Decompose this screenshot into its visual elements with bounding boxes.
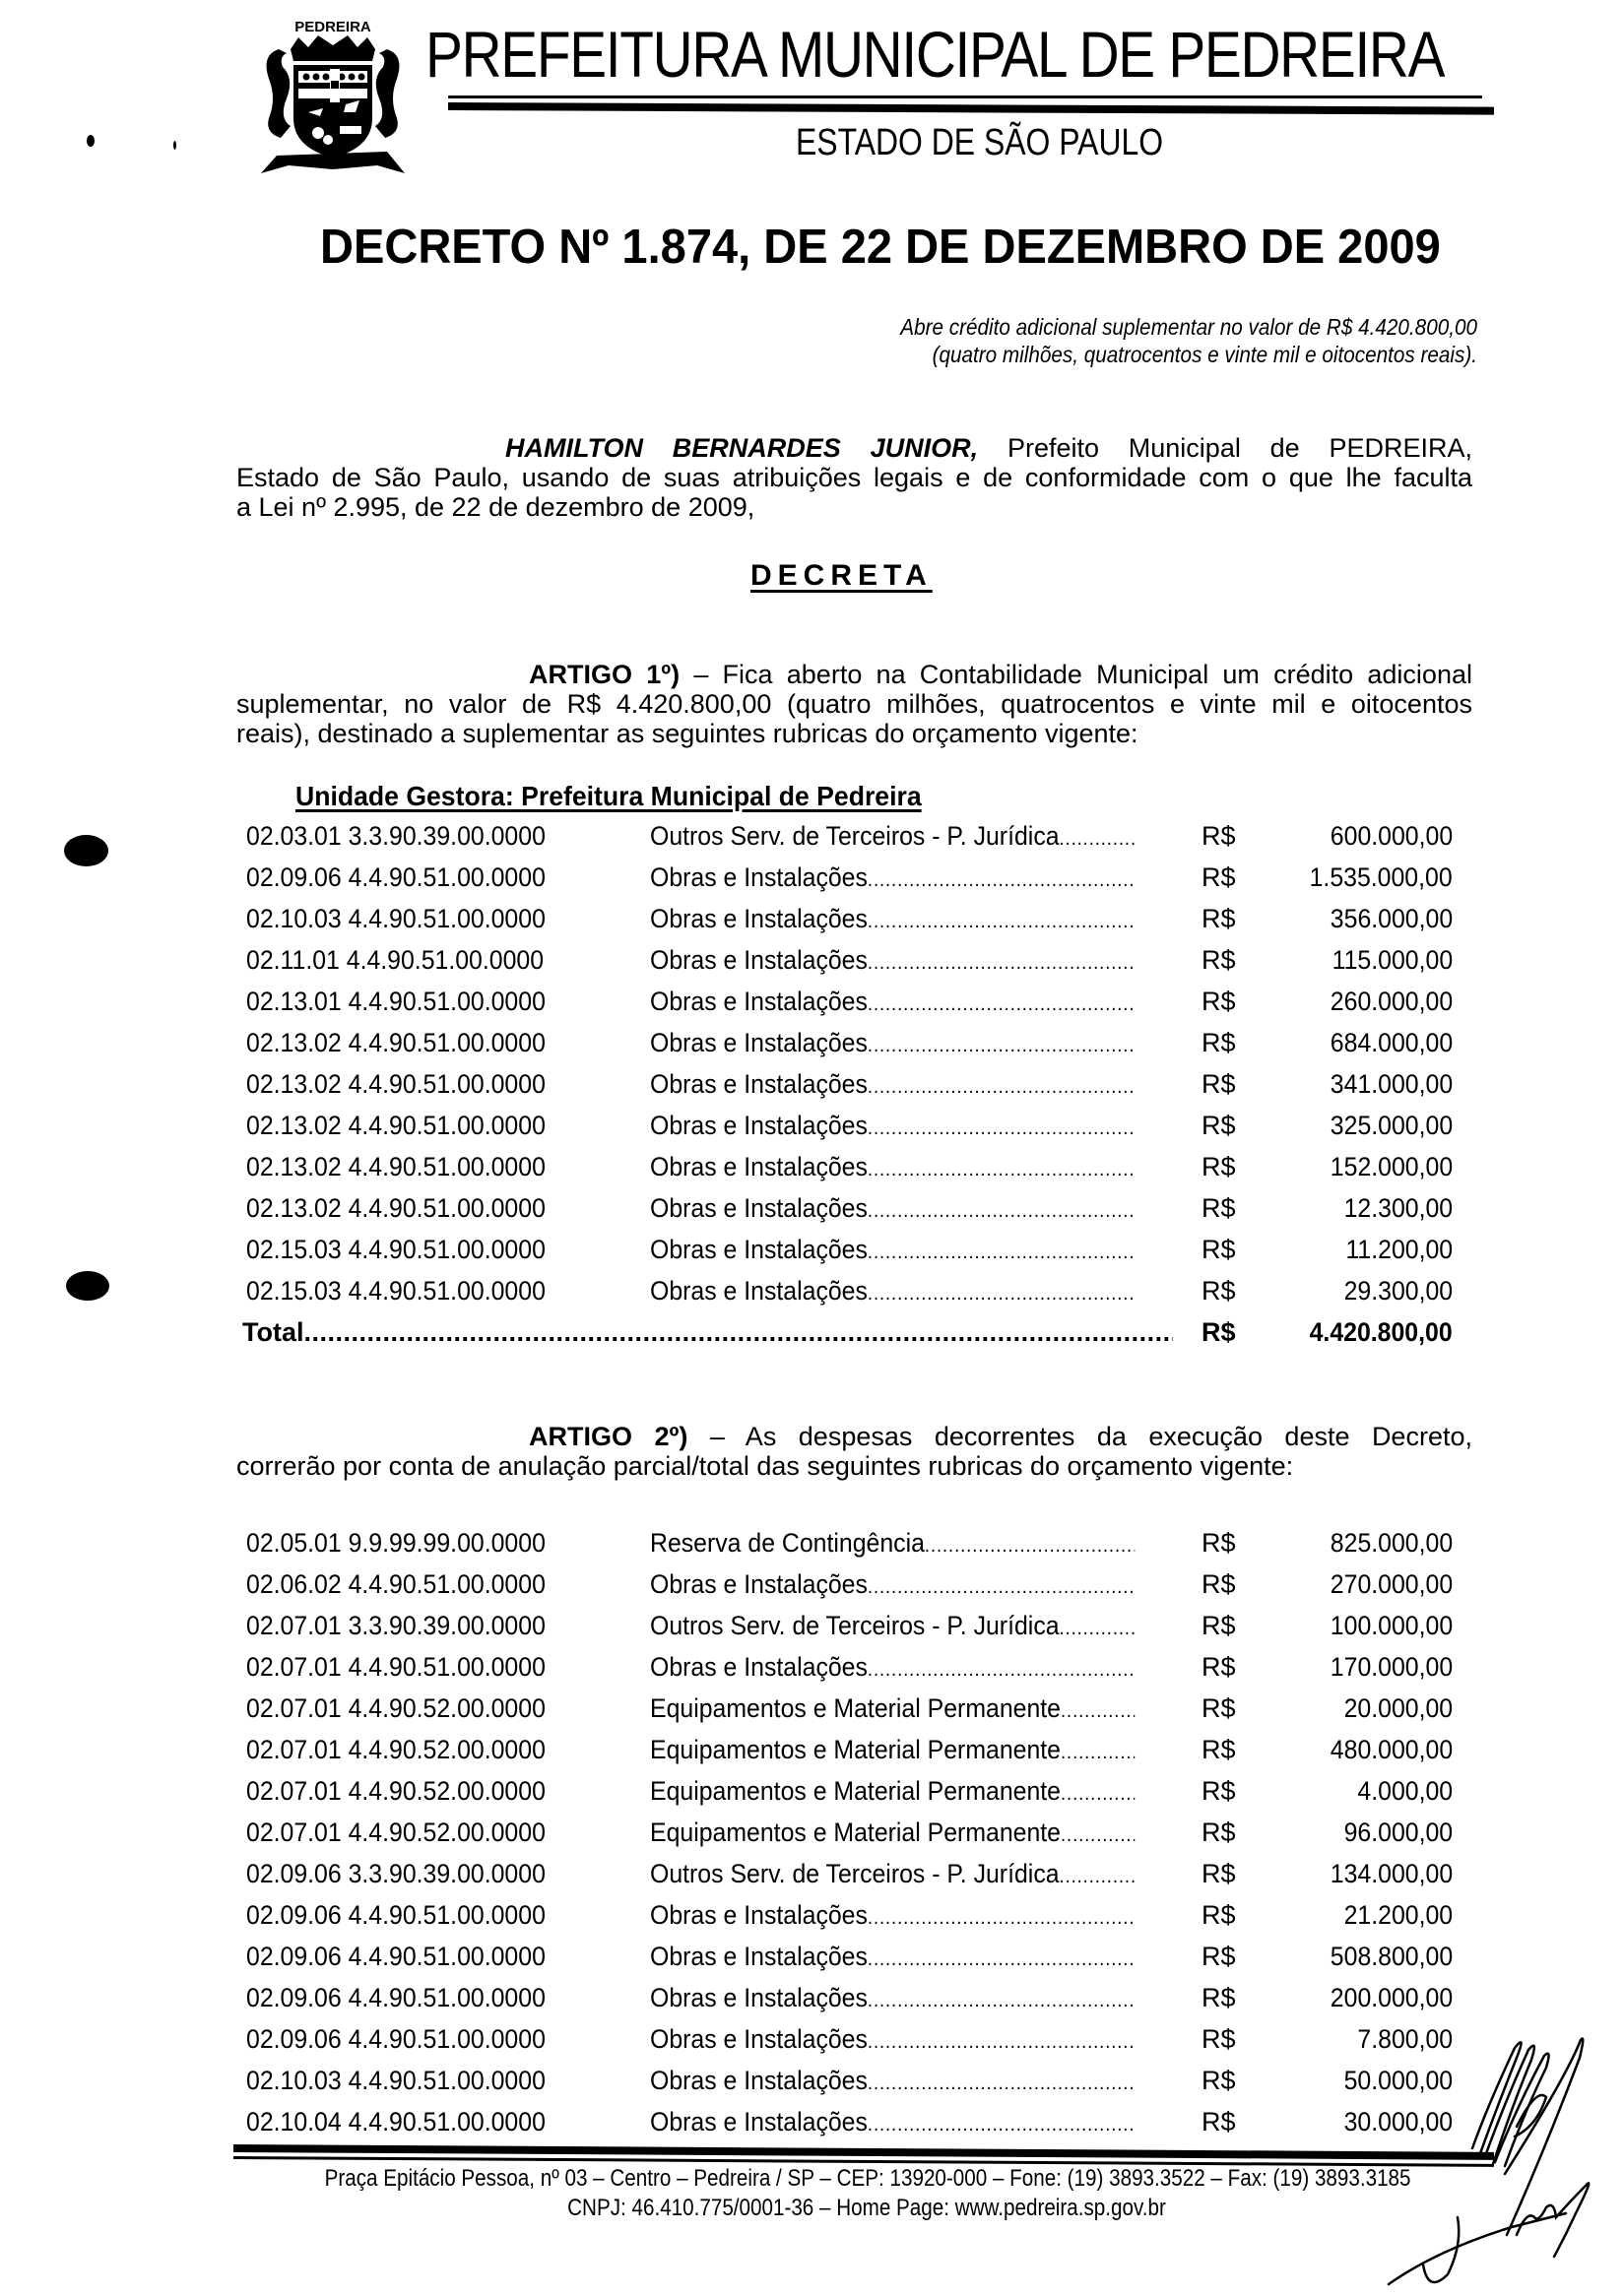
- budget-code: 02.10.03 4.4.90.51.00.0000: [246, 898, 546, 939]
- budget-code: 02.15.03 4.4.90.51.00.0000: [246, 1229, 546, 1270]
- budget-code: 02.03.01 3.3.90.39.00.0000: [246, 815, 546, 857]
- table-row: 02.09.06 4.4.90.51.00.0000Obras e Instal…: [236, 857, 1477, 898]
- decree-title: DECRETO Nº 1.874, DE 22 DE DEZEMBRO DE 2…: [320, 223, 1441, 272]
- currency-symbol: R$: [1202, 1311, 1236, 1353]
- table-row: 02.11.01 4.4.90.51.00.0000Obras e Instal…: [236, 939, 1477, 981]
- table-row: 02.07.01 4.4.90.51.00.0000Obras e Instal…: [236, 1646, 1477, 1688]
- amount: 325.000,00: [1331, 1105, 1453, 1146]
- currency-symbol: R$: [1202, 1229, 1236, 1270]
- table-row: 02.07.01 4.4.90.52.00.0000Equipamentos e…: [236, 1688, 1477, 1729]
- table-row: 02.06.02 4.4.90.51.00.0000Obras e Instal…: [236, 1563, 1477, 1605]
- amount: 270.000,00: [1331, 1563, 1453, 1605]
- budget-code: 02.07.01 3.3.90.39.00.0000: [246, 1605, 546, 1646]
- state-name: ESTADO DE SÃO PAULO: [796, 124, 1163, 161]
- currency-symbol: R$: [1202, 857, 1236, 898]
- currency-symbol: R$: [1202, 1022, 1236, 1063]
- table-row: 02.13.02 4.4.90.51.00.0000Obras e Instal…: [236, 1063, 1477, 1105]
- currency-symbol: R$: [1202, 1894, 1236, 1936]
- currency-symbol: R$: [1202, 2060, 1236, 2101]
- currency-symbol: R$: [1202, 939, 1236, 981]
- budget-code: 02.15.03 4.4.90.51.00.0000: [246, 1270, 546, 1311]
- currency-symbol: R$: [1202, 1812, 1236, 1853]
- preamble-paragraph: HAMILTON BERNARDES JUNIOR, Prefeito Muni…: [236, 433, 1472, 522]
- budget-code: 02.09.06 4.4.90.51.00.0000: [246, 1894, 546, 1936]
- currency-symbol: R$: [1202, 1646, 1236, 1688]
- table-row: 02.09.06 4.4.90.51.00.0000Obras e Instal…: [236, 1977, 1477, 2018]
- item-description: Obras e Instalações: [650, 1022, 1135, 1066]
- amount: 356.000,00: [1331, 898, 1453, 939]
- amount: 152.000,00: [1331, 1146, 1453, 1187]
- table-row: 02.07.01 4.4.90.52.00.0000Equipamentos e…: [236, 1770, 1477, 1812]
- footer-address: Praça Epitácio Pessoa, nº 03 – Centro – …: [325, 2164, 1409, 2194]
- amount: 29.300,00: [1343, 1270, 1453, 1311]
- article-1-label: ARTIGO 1º): [529, 660, 680, 689]
- table-row: 02.09.06 3.3.90.39.00.0000Outros Serv. d…: [236, 1853, 1477, 1894]
- table-row: 02.13.02 4.4.90.51.00.0000Obras e Instal…: [236, 1146, 1477, 1187]
- total-row: TotalR$4.420.800,00: [236, 1311, 1477, 1353]
- item-description: Outros Serv. de Terceiros - P. Jurídica: [650, 815, 1135, 860]
- currency-symbol: R$: [1202, 1688, 1236, 1729]
- budget-code: 02.09.06 4.4.90.51.00.0000: [246, 1977, 546, 2018]
- budget-code: 02.06.02 4.4.90.51.00.0000: [246, 1563, 546, 1605]
- amount: 115.000,00: [1332, 939, 1453, 981]
- currency-symbol: R$: [1202, 1770, 1236, 1812]
- punch-hole-mark: [64, 835, 108, 866]
- currency-symbol: R$: [1202, 1270, 1236, 1311]
- item-description: Obras e Instalações: [650, 898, 1135, 942]
- budget-code: 02.13.02 4.4.90.51.00.0000: [246, 1105, 546, 1146]
- currency-symbol: R$: [1202, 1729, 1236, 1770]
- currency-symbol: R$: [1202, 815, 1236, 857]
- currency-symbol: R$: [1202, 2101, 1236, 2142]
- item-description: Obras e Instalações: [650, 2060, 1135, 2104]
- table-row: 02.15.03 4.4.90.51.00.0000Obras e Instal…: [236, 1270, 1477, 1311]
- item-description: Equipamentos e Material Permanente: [650, 1812, 1135, 1856]
- budget-code: 02.10.03 4.4.90.51.00.0000: [246, 2060, 546, 2101]
- currency-symbol: R$: [1202, 1977, 1236, 2018]
- currency-symbol: R$: [1202, 1146, 1236, 1187]
- table-row: 02.09.06 4.4.90.51.00.0000Obras e Instal…: [236, 1936, 1477, 1977]
- currency-symbol: R$: [1202, 898, 1236, 939]
- table-row: 02.13.02 4.4.90.51.00.0000Obras e Instal…: [236, 1105, 1477, 1146]
- amount: 600.000,00: [1331, 815, 1453, 857]
- budget-code: 02.07.01 4.4.90.52.00.0000: [246, 1688, 546, 1729]
- total-label: Total: [242, 1311, 1173, 1353]
- table-row: 02.10.03 4.4.90.51.00.0000Obras e Instal…: [236, 898, 1477, 939]
- item-description: Equipamentos e Material Permanente: [650, 1688, 1135, 1732]
- article-2-paragraph: ARTIGO 2º) – As despesas decorrentes da …: [236, 1422, 1472, 1481]
- amount: 684.000,00: [1331, 1022, 1453, 1063]
- decreta-heading: DECRETA: [750, 559, 933, 593]
- amount: 170.000,00: [1331, 1646, 1453, 1688]
- currency-symbol: R$: [1202, 1522, 1236, 1563]
- item-description: Equipamentos e Material Permanente: [650, 1770, 1135, 1815]
- item-description: Obras e Instalações: [650, 2018, 1135, 2063]
- table-row: 02.05.01 9.9.99.99.00.0000Reserva de Con…: [236, 1522, 1477, 1563]
- summary-line: (quatro milhões, quatrocentos e vinte mi…: [525, 341, 1478, 368]
- municipal-crest-logo: PEDREIRA: [239, 10, 426, 177]
- mayor-name: HAMILTON BERNARDES JUNIOR,: [505, 433, 978, 463]
- item-description: Obras e Instalações: [650, 1977, 1135, 2021]
- currency-symbol: R$: [1202, 1187, 1236, 1229]
- budget-code: 02.09.06 4.4.90.51.00.0000: [246, 2018, 546, 2060]
- item-description: Obras e Instalações: [650, 981, 1135, 1025]
- item-description: Obras e Instalações: [650, 1105, 1135, 1149]
- budget-code: 02.07.01 4.4.90.52.00.0000: [246, 1770, 546, 1812]
- annulment-table: 02.05.01 9.9.99.99.00.0000Reserva de Con…: [236, 1522, 1477, 2142]
- decree-summary: Abre crédito adicional suplementar no va…: [525, 313, 1478, 368]
- item-description: Equipamentos e Material Permanente: [650, 1729, 1135, 1773]
- supplement-table: 02.03.01 3.3.90.39.00.0000Outros Serv. d…: [236, 815, 1477, 1353]
- table-row: 02.07.01 4.4.90.52.00.0000Equipamentos e…: [236, 1729, 1477, 1770]
- amount: 21.200,00: [1343, 1894, 1453, 1936]
- budget-code: 02.07.01 4.4.90.52.00.0000: [246, 1729, 546, 1770]
- budget-code: 02.13.02 4.4.90.51.00.0000: [246, 1187, 546, 1229]
- summary-line: Abre crédito adicional suplementar no va…: [525, 313, 1478, 341]
- organization-title: PREFEITURA MUNICIPAL DE PEDREIRA: [425, 22, 1444, 87]
- budget-code: 02.11.01 4.4.90.51.00.0000: [246, 939, 544, 981]
- amount: 508.800,00: [1331, 1936, 1453, 1977]
- scan-speck: [87, 135, 95, 147]
- item-description: Outros Serv. de Terceiros - P. Jurídica: [650, 1853, 1135, 1897]
- amount: 480.000,00: [1331, 1729, 1453, 1770]
- item-description: Obras e Instalações: [650, 1270, 1135, 1314]
- handwritten-signature: [1369, 1999, 1624, 2296]
- item-description: Obras e Instalações: [650, 1646, 1135, 1690]
- currency-symbol: R$: [1202, 1063, 1236, 1105]
- amount: 4.000,00: [1357, 1770, 1453, 1812]
- table-row: 02.13.01 4.4.90.51.00.0000Obras e Instal…: [236, 981, 1477, 1022]
- article-2-label: ARTIGO 2º): [529, 1422, 687, 1451]
- budget-code: 02.13.02 4.4.90.51.00.0000: [246, 1063, 546, 1105]
- scan-speck: [173, 141, 176, 150]
- table-row: 02.15.03 4.4.90.51.00.0000Obras e Instal…: [236, 1229, 1477, 1270]
- currency-symbol: R$: [1202, 1563, 1236, 1605]
- table-row: 02.13.02 4.4.90.51.00.0000Obras e Instal…: [236, 1022, 1477, 1063]
- item-description: Obras e Instalações: [650, 939, 1135, 984]
- amount: 12.300,00: [1343, 1187, 1453, 1229]
- currency-symbol: R$: [1202, 1853, 1236, 1894]
- amount: 134.000,00: [1331, 1853, 1453, 1894]
- budget-code: 02.09.06 4.4.90.51.00.0000: [246, 1936, 546, 1977]
- currency-symbol: R$: [1202, 1105, 1236, 1146]
- header-rule-thin: [448, 96, 1482, 98]
- budget-code: 02.13.02 4.4.90.51.00.0000: [246, 1022, 546, 1063]
- item-description: Obras e Instalações: [650, 1229, 1135, 1273]
- amount: 100.000,00: [1331, 1605, 1453, 1646]
- amount: 11.200,00: [1345, 1229, 1453, 1270]
- table-row: 02.03.01 3.3.90.39.00.0000Outros Serv. d…: [236, 815, 1477, 857]
- table-row: 02.13.02 4.4.90.51.00.0000Obras e Instal…: [236, 1187, 1477, 1229]
- budget-code: 02.10.04 4.4.90.51.00.0000: [246, 2101, 546, 2142]
- total-amount: 4.420.800,00: [1310, 1311, 1453, 1353]
- item-description: Obras e Instalações: [650, 1187, 1135, 1232]
- table-row: 02.10.04 4.4.90.51.00.0000Obras e Instal…: [236, 2101, 1477, 2142]
- table-row: 02.09.06 4.4.90.51.00.0000Obras e Instal…: [236, 1894, 1477, 1936]
- item-description: Reserva de Contingência: [650, 1522, 1135, 1566]
- amount: 20.000,00: [1343, 1688, 1453, 1729]
- amount: 825.000,00: [1331, 1522, 1453, 1563]
- currency-symbol: R$: [1202, 1936, 1236, 1977]
- crest-label: PEDREIRA: [294, 19, 371, 35]
- currency-symbol: R$: [1202, 981, 1236, 1022]
- budget-code: 02.09.06 4.4.90.51.00.0000: [246, 857, 546, 898]
- budget-code: 02.07.01 4.4.90.51.00.0000: [246, 1646, 546, 1688]
- budget-code: 02.09.06 3.3.90.39.00.0000: [246, 1853, 546, 1894]
- item-description: Obras e Instalações: [650, 1146, 1135, 1190]
- amount: 1.535.000,00: [1310, 857, 1453, 898]
- item-description: Obras e Instalações: [650, 2101, 1135, 2145]
- punch-hole-mark: [66, 1271, 109, 1301]
- currency-symbol: R$: [1202, 1605, 1236, 1646]
- table-row: 02.07.01 3.3.90.39.00.0000Outros Serv. d…: [236, 1605, 1477, 1646]
- item-description: Obras e Instalações: [650, 1063, 1135, 1108]
- table-row: 02.07.01 4.4.90.52.00.0000Equipamentos e…: [236, 1812, 1477, 1853]
- item-description: Obras e Instalações: [650, 1894, 1135, 1939]
- amount: 341.000,00: [1331, 1063, 1453, 1105]
- managing-unit-heading: Unidade Gestora: Prefeitura Municipal de…: [295, 781, 922, 812]
- budget-code: 02.13.01 4.4.90.51.00.0000: [246, 981, 546, 1022]
- item-description: Obras e Instalações: [650, 1563, 1135, 1608]
- amount: 96.000,00: [1343, 1812, 1453, 1853]
- footer-cnpj-homepage: CNPJ: 46.410.775/0001-36 – Home Page: ww…: [325, 2194, 1409, 2223]
- item-description: Outros Serv. de Terceiros - P. Jurídica: [650, 1605, 1135, 1649]
- header-rule-thick: [448, 102, 1494, 115]
- budget-code: 02.07.01 4.4.90.52.00.0000: [246, 1812, 546, 1853]
- item-description: Obras e Instalações: [650, 857, 1135, 901]
- article-1-paragraph: ARTIGO 1º) – Fica aberto na Contabilidad…: [236, 660, 1472, 748]
- table-row: 02.10.03 4.4.90.51.00.0000Obras e Instal…: [236, 2060, 1477, 2101]
- table-row: 02.09.06 4.4.90.51.00.0000Obras e Instal…: [236, 2018, 1477, 2060]
- budget-code: 02.13.02 4.4.90.51.00.0000: [246, 1146, 546, 1187]
- amount: 260.000,00: [1331, 981, 1453, 1022]
- item-description: Obras e Instalações: [650, 1936, 1135, 1980]
- budget-code: 02.05.01 9.9.99.99.00.0000: [246, 1522, 546, 1563]
- currency-symbol: R$: [1202, 2018, 1236, 2060]
